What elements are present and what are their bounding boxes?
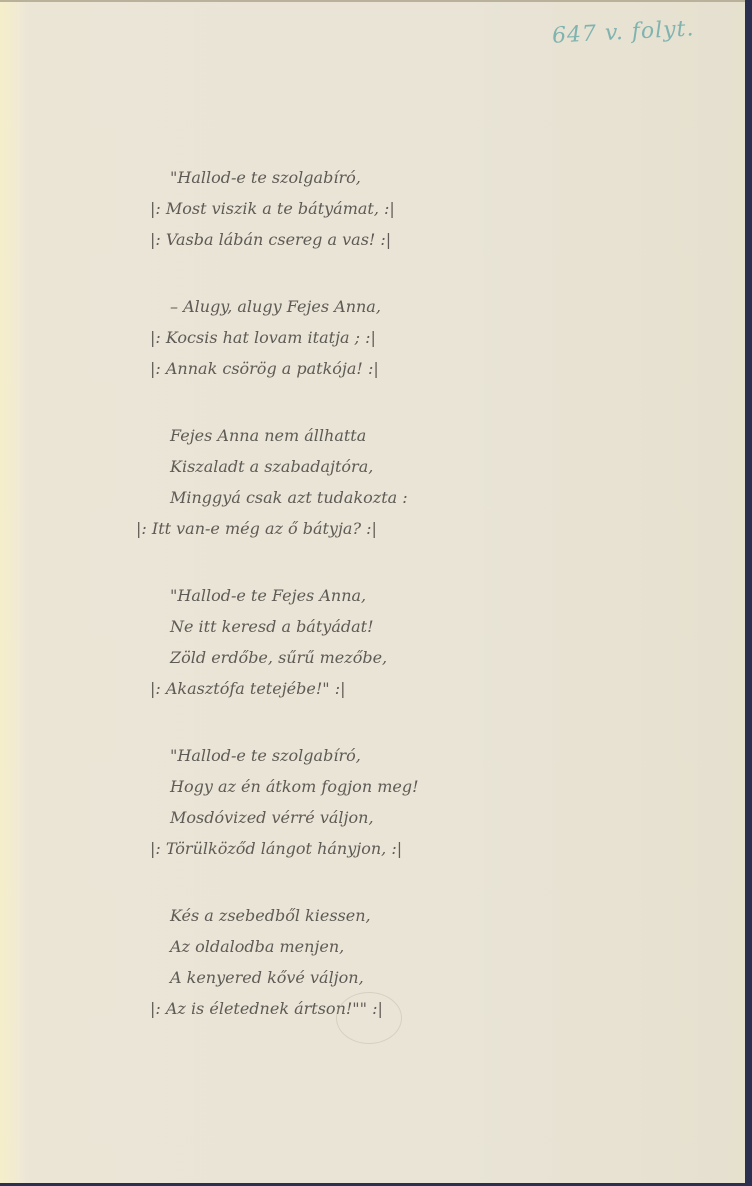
poem-line: Zöld erdőbe, sűrű mezőbe, (150, 642, 590, 673)
poem-line: Kiszaladt a szabadajtóra, (150, 451, 590, 482)
poem-line: A kenyered kővé váljon, (150, 962, 590, 993)
poem-line: |: Vasba lábán csereg a vas! :| (150, 224, 590, 255)
poem-line: Mosdóvized vérré váljon, (150, 802, 590, 833)
poem-line: Kés a zsebedből kiessen, (150, 900, 590, 931)
poem-line: Ne itt keresd a bátyádat! (150, 611, 590, 642)
poem-line: Az oldalodba menjen, (150, 931, 590, 962)
stanza-2: – Alugy, alugy Fejes Anna, |: Kocsis hat… (150, 291, 590, 384)
poem-line: "Hallod-e te Fejes Anna, (150, 580, 590, 611)
poem-line: |: Törülköződ lángot hányjon, :| (150, 833, 590, 864)
poem-line: |: Kocsis hat lovam itatja ; :| (150, 322, 590, 353)
folio-note: 647 v. folyt. (551, 16, 695, 48)
poem-line: |: Most viszik a te bátyámat, :| (150, 193, 590, 224)
poem-line: Minggyá csak azt tudakozta : (150, 482, 590, 513)
scan-border-right (745, 0, 752, 1186)
poem-line: "Hallod-e te szolgabíró, (150, 740, 590, 771)
stanza-5: "Hallod-e te szolgabíró, Hogy az én átko… (150, 740, 590, 864)
poem-line: |: Akasztófa tetejébe!" :| (150, 673, 590, 704)
poem-line: |: Annak csörög a patkója! :| (150, 353, 590, 384)
manuscript-page: 647 v. folyt. "Hallod-e te szolgabíró, |… (0, 0, 745, 1183)
poem-line: "Hallod-e te szolgabíró, (150, 162, 590, 193)
poem-line: Fejes Anna nem állhatta (150, 420, 590, 451)
faint-stamp-mark (336, 992, 402, 1044)
page-top-edge (0, 0, 745, 2)
poem-body: "Hallod-e te szolgabíró, |: Most viszik … (150, 162, 590, 1060)
stanza-1: "Hallod-e te szolgabíró, |: Most viszik … (150, 162, 590, 255)
stanza-4: "Hallod-e te Fejes Anna, Ne itt keresd a… (150, 580, 590, 704)
stanza-3: Fejes Anna nem állhatta Kiszaladt a szab… (150, 420, 590, 544)
poem-line: Hogy az én átkom fogjon meg! (150, 771, 590, 802)
poem-line: |: Itt van-e még az ő bátyja? :| (136, 513, 590, 544)
poem-line: – Alugy, alugy Fejes Anna, (150, 291, 590, 322)
